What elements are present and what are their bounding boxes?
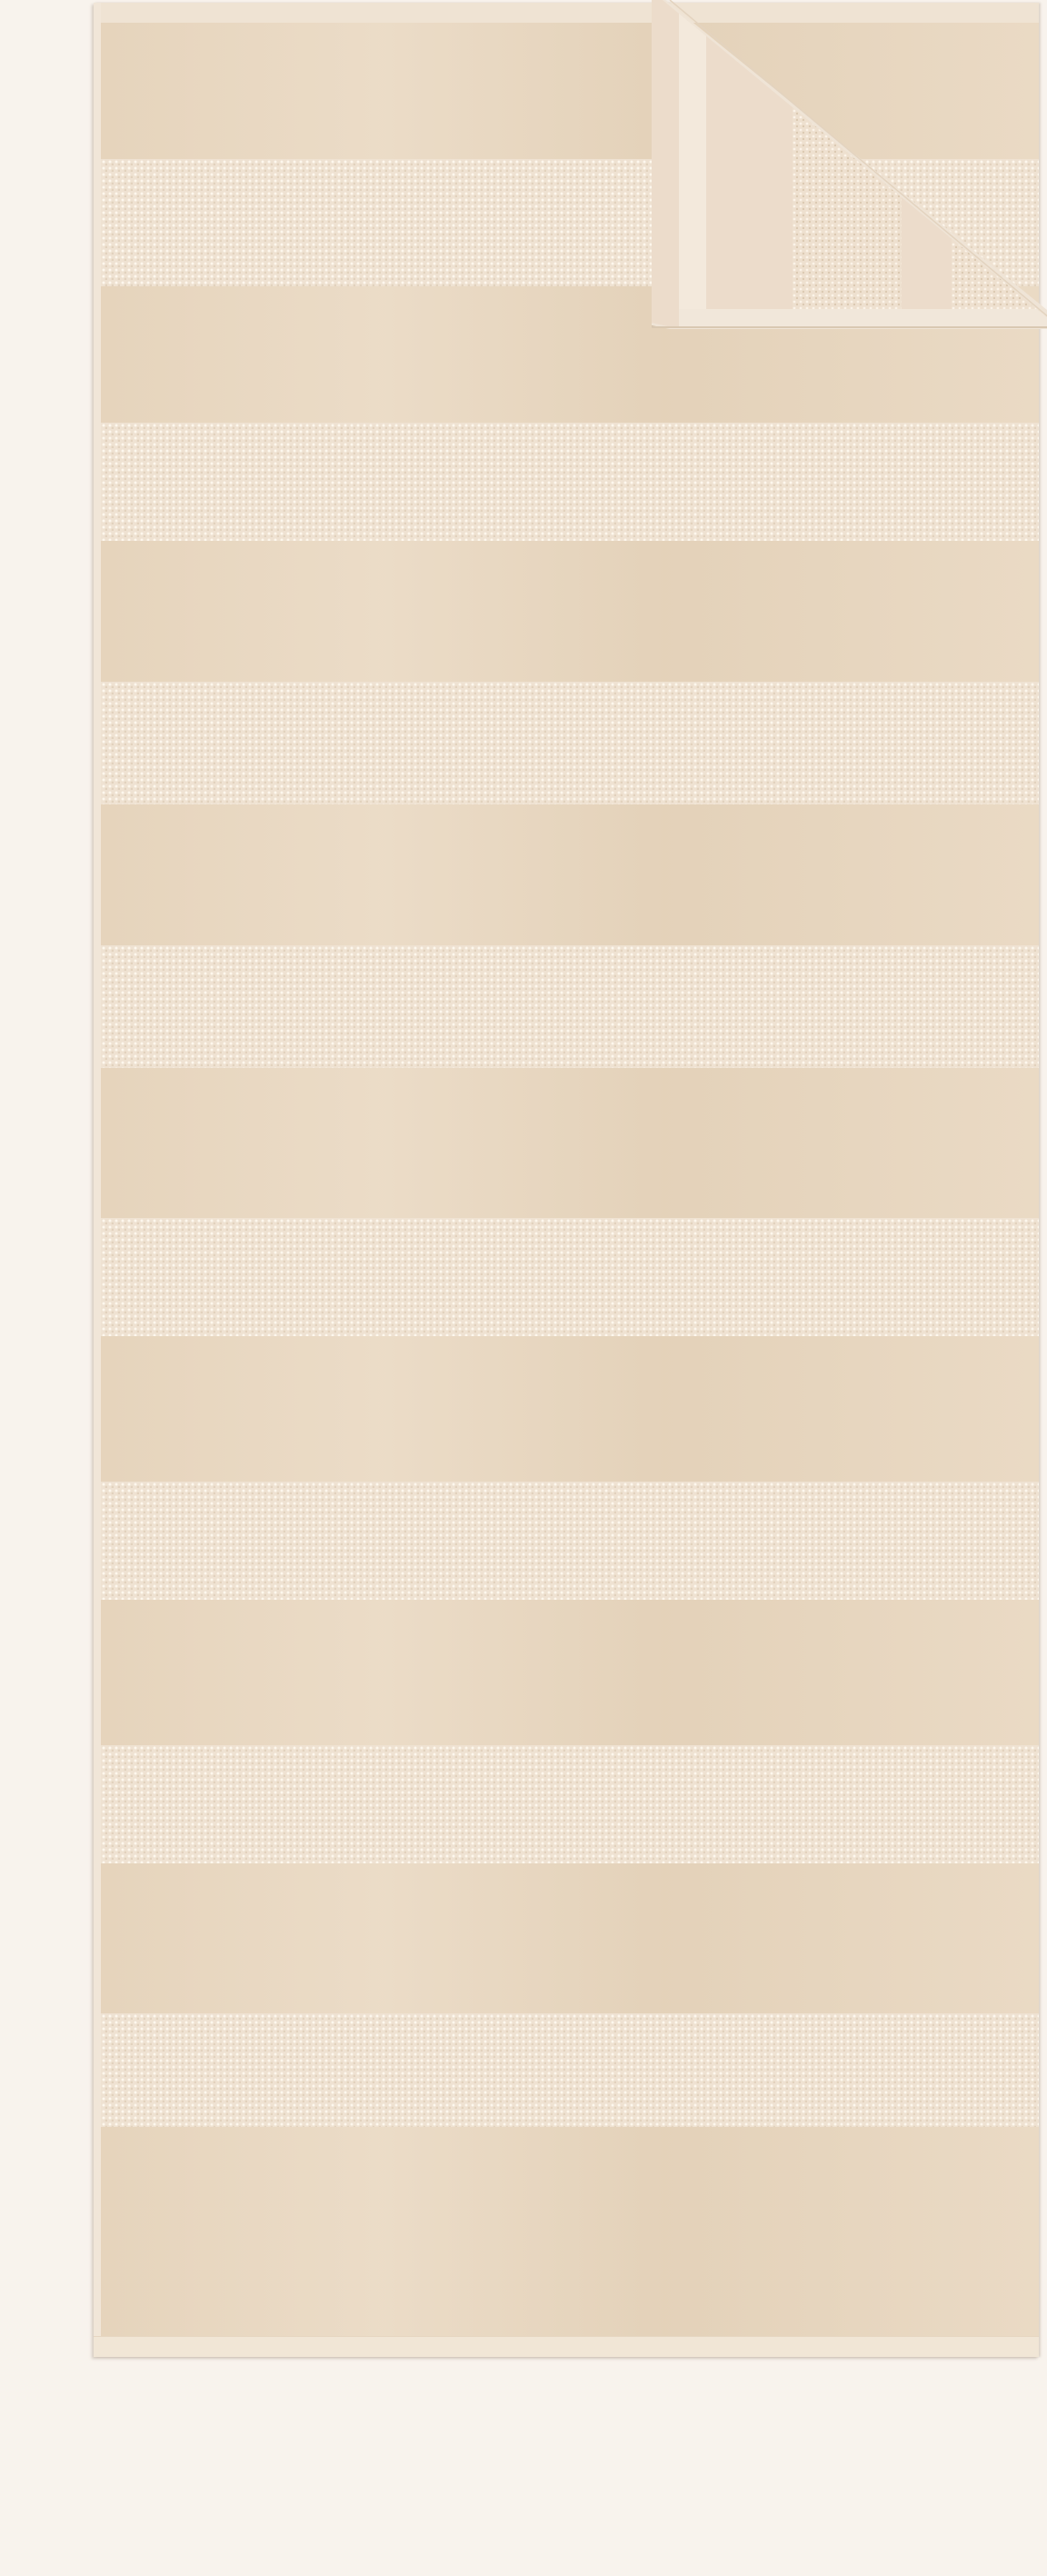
towel-stripe-waffle bbox=[101, 682, 1039, 804]
folded-corner bbox=[652, 0, 1047, 336]
towel-stripe-velour bbox=[101, 1068, 1039, 1218]
towel-stripe-waffle bbox=[101, 945, 1039, 1068]
towel-stripe-waffle bbox=[101, 2013, 1039, 2127]
towel-stripe-waffle bbox=[101, 1218, 1039, 1336]
towel bbox=[94, 3, 1039, 2357]
towel-stripe-velour bbox=[101, 541, 1039, 682]
towel-stripe-waffle bbox=[101, 1482, 1039, 1600]
towel-stripe-velour bbox=[101, 804, 1039, 945]
towel-stripe-velour bbox=[101, 1863, 1039, 2013]
towel-stripe-waffle bbox=[101, 1745, 1039, 1863]
towel-stripe-velour bbox=[101, 2127, 1039, 2337]
towel-bottom-hem bbox=[94, 2336, 1039, 2357]
towel-stripe-velour bbox=[101, 1336, 1039, 1482]
towel-left-hem bbox=[94, 3, 101, 2357]
towel-stripe-waffle bbox=[101, 423, 1039, 541]
towel-stripe-velour bbox=[101, 1600, 1039, 1745]
product-photo bbox=[0, 0, 1047, 2576]
towel-stripes bbox=[101, 23, 1039, 2337]
